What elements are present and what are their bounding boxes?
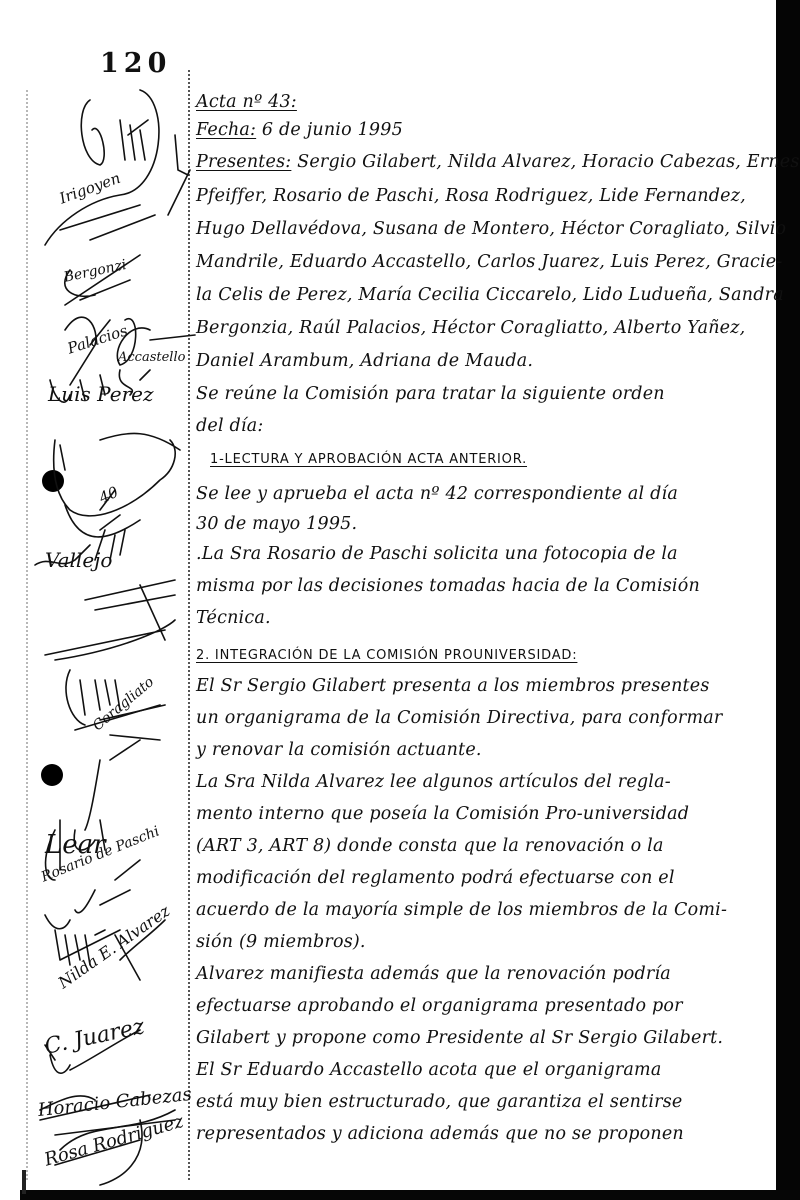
- presentes-line: Pfeiffer, Rosario de Paschi, Rosa Rodrig…: [196, 186, 771, 206]
- section-2-line: (ART 3, ART 8) donde consta que la renov…: [196, 836, 771, 856]
- section-2-heading: 2. INTEGRACIÓN DE LA COMISIÓN PROUNIVERS…: [196, 648, 771, 663]
- section-1-line: .La Sra Rosario de Paschi solicita una f…: [196, 544, 771, 564]
- section-2-line: y renovar la comisión actuante.: [196, 740, 771, 760]
- section-1-line: Se lee y aprueba el acta nº 42 correspon…: [196, 484, 771, 504]
- margin-signature: Vallejo: [45, 548, 112, 572]
- section-2-line: mento interno que poseía la Comisión Pro…: [196, 804, 771, 824]
- presentes-line: la Celis de Perez, María Cecilia Ciccare…: [196, 285, 771, 305]
- section-2-line: un organigrama de la Comisión Directiva,…: [196, 708, 771, 728]
- section-2-line: El Sr Eduardo Accastello acota que el or…: [196, 1060, 771, 1080]
- fecha-label: Fecha:: [196, 120, 256, 140]
- presentes-label: Presentes:: [196, 152, 291, 172]
- section-2-line: está muy bien estructurado, que garantiz…: [196, 1092, 771, 1112]
- presentes-line: Bergonzia, Raúl Palacios, Héctor Coragli…: [196, 318, 771, 338]
- section-1-line: misma por las decisiones tomadas hacia d…: [196, 576, 771, 596]
- section-2-line: acuerdo de la mayoría simple de los miem…: [196, 900, 771, 920]
- fecha-line: Fecha: 6 de junio 1995: [196, 120, 771, 140]
- section-2-line: representados y adiciona además que no s…: [196, 1124, 771, 1144]
- section-2-line: El Sr Sergio Gilabert presenta a los mie…: [196, 676, 771, 696]
- scanned-document-page: 120 Gilb Irigoyen: [0, 0, 800, 1200]
- fecha-value: 6 de junio 1995: [262, 120, 403, 140]
- intro-line: del día:: [196, 416, 771, 436]
- section-2-line: sión (9 miembros).: [196, 932, 771, 952]
- intro-line: Se reúne la Comisión para tratar la sigu…: [196, 384, 771, 404]
- presentes-line: Mandrile, Eduardo Accastello, Carlos Jua…: [196, 252, 771, 272]
- margin-signature: Accastello: [118, 350, 185, 365]
- section-2-line: efectuarse aprobando el organigrama pres…: [196, 996, 771, 1016]
- section-2-line: Gilabert y propone como Presidente al Sr…: [196, 1028, 771, 1048]
- section-2-line: modificación del reglamento podrá efectu…: [196, 868, 771, 888]
- acta-title: Acta nº 43:: [196, 92, 771, 112]
- presentes-line: Hugo Dellavédova, Susana de Montero, Héc…: [196, 219, 771, 239]
- margin-signature: Luis Perez: [48, 382, 154, 406]
- section-1-line: 30 de mayo 1995.: [196, 514, 771, 534]
- section-1-line: Técnica.: [196, 608, 771, 628]
- section-2-line: La Sra Nilda Alvarez lee algunos artícul…: [196, 772, 771, 792]
- presentes-line-0: Presentes: Sergio Gilabert, Nilda Alvare…: [196, 152, 771, 172]
- section-1-heading: 1-LECTURA Y APROBACIÓN ACTA ANTERIOR.: [210, 452, 785, 467]
- scan-right-border: [776, 0, 800, 1200]
- presentes-line: Daniel Arambum, Adriana de Mauda.: [196, 351, 771, 371]
- section-2-line: Alvarez manifiesta además que la renovac…: [196, 964, 771, 984]
